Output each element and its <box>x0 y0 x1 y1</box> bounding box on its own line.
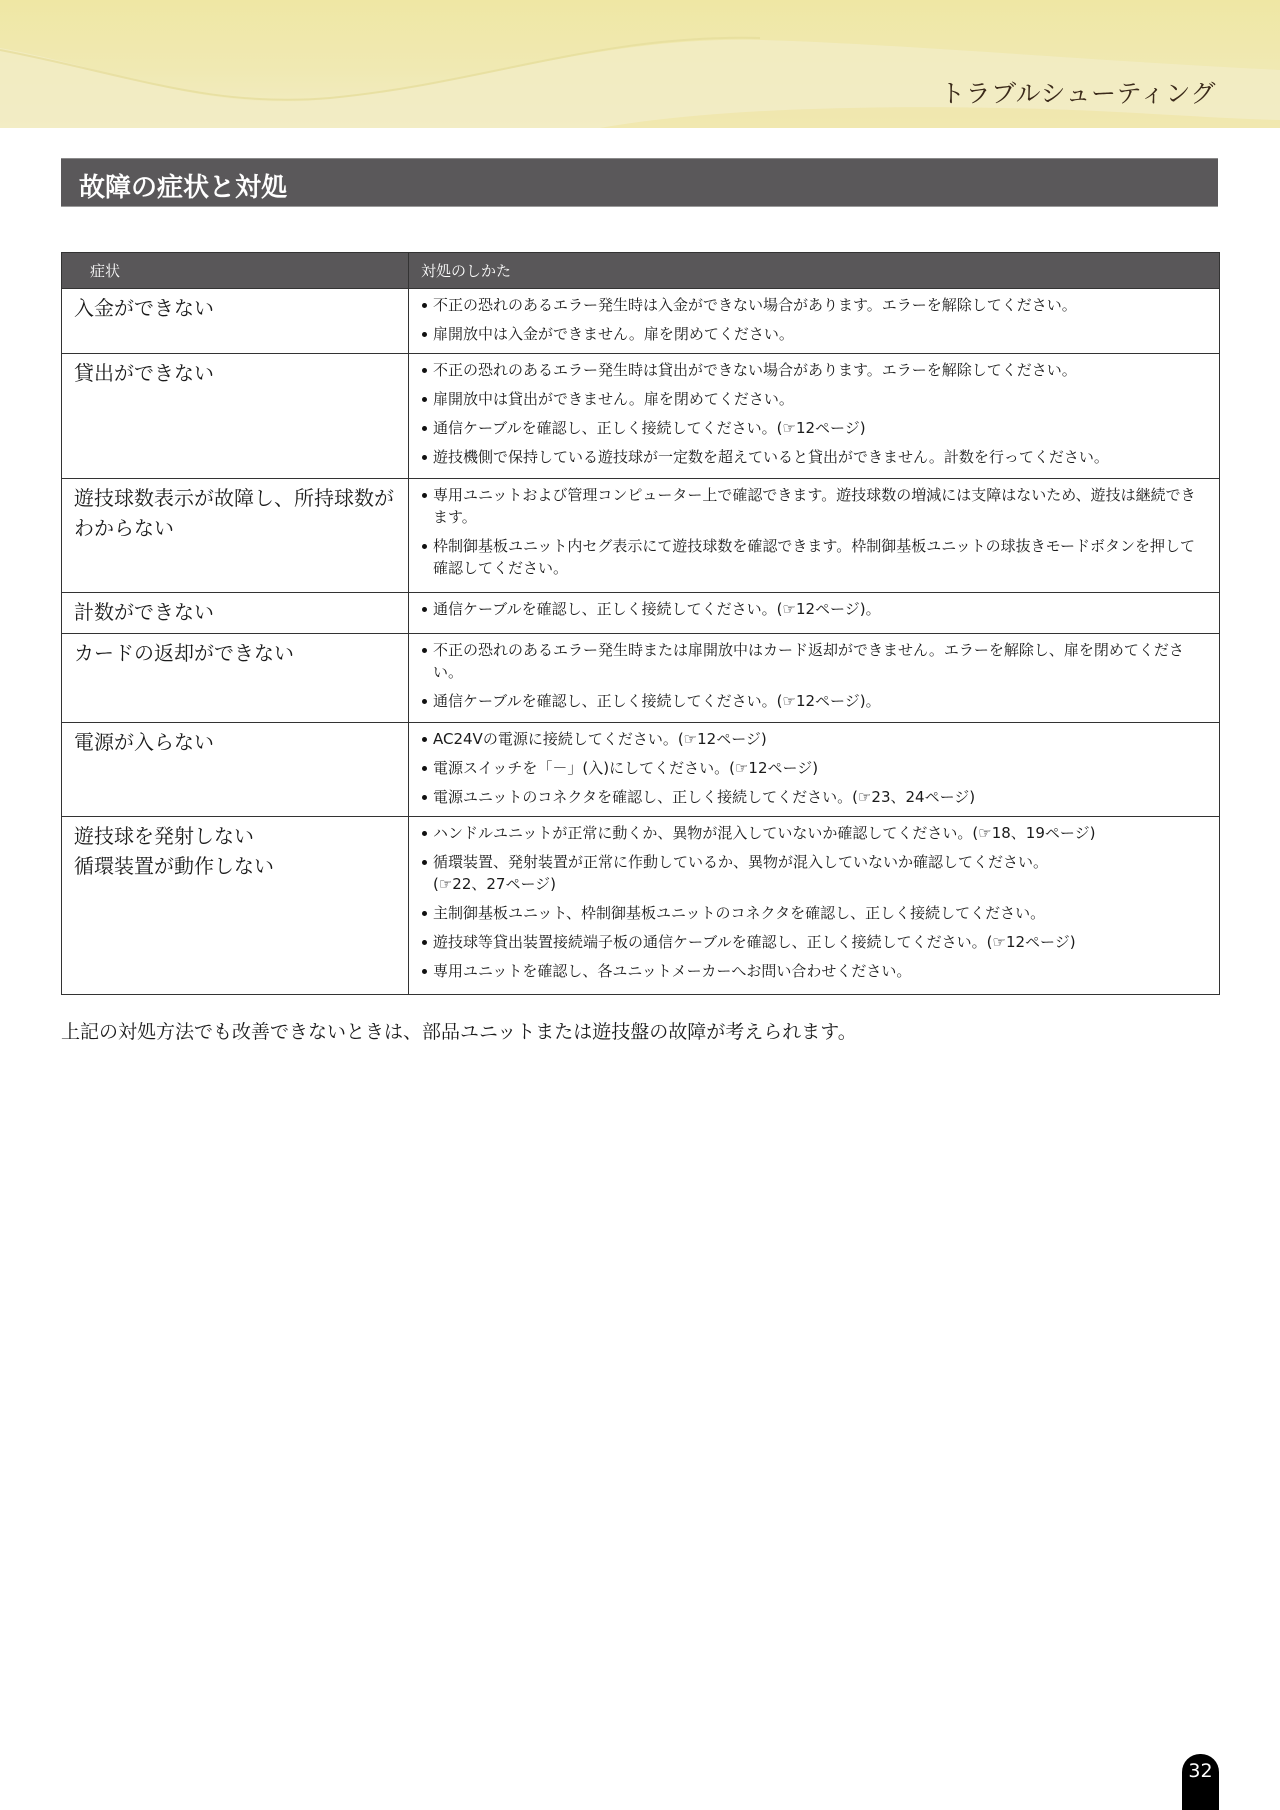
remedy-item: ハンドルユニットが正常に動くか、異物が混入していないか確認してください。(☞18… <box>421 822 1207 844</box>
remedy-cell: AC24Vの電源に接続してください。(☞12ページ) 電源スイッチを「－」(入)… <box>409 723 1220 817</box>
remedy-list: 不正の恐れのあるエラー発生時は貸出ができない場合があります。エラーを解除してくだ… <box>421 359 1207 468</box>
remedy-list: 不正の恐れのあるエラー発生時または扉開放中はカード返却ができません。エラーを解除… <box>421 639 1207 712</box>
remedy-cell: 不正の恐れのあるエラー発生時または扉開放中はカード返却ができません。エラーを解除… <box>409 634 1220 723</box>
remedy-list: AC24Vの電源に接続してください。(☞12ページ) 電源スイッチを「－」(入)… <box>421 728 1207 808</box>
remedy-cell: 通信ケーブルを確認し、正しく接続してください。(☞12ページ)。 <box>409 593 1220 634</box>
footer-note: 上記の対処方法でも改善できないときは、部品ユニットまたは遊技盤の故障が考えられま… <box>61 1017 857 1044</box>
table-row: 貸出ができない 不正の恐れのあるエラー発生時は貸出ができない場合があります。エラ… <box>62 354 1220 479</box>
remedy-item: 不正の恐れのあるエラー発生時は貸出ができない場合があります。エラーを解除してくだ… <box>421 359 1207 381</box>
remedy-item: 枠制御基板ユニット内セグ表示にて遊技球数を確認できます。枠制御基板ユニットの球抜… <box>421 535 1207 579</box>
column-header-symptom: 症状 <box>62 253 409 289</box>
table-row: 電源が入らない AC24Vの電源に接続してください。(☞12ページ) 電源スイッ… <box>62 723 1220 817</box>
remedy-list: 専用ユニットおよび管理コンピューター上で確認できます。遊技球数の増減には支障はな… <box>421 484 1207 579</box>
table-row: カードの返却ができない 不正の恐れのあるエラー発生時または扉開放中はカード返却が… <box>62 634 1220 723</box>
remedy-item: 循環装置、発射装置が正常に作動しているか、異物が混入していないか確認してください… <box>421 851 1207 895</box>
symptom-cell: 入金ができない <box>62 289 409 354</box>
remedy-item: 専用ユニットおよび管理コンピューター上で確認できます。遊技球数の増減には支障はな… <box>421 484 1207 528</box>
remedy-item: 扉開放中は貸出ができません。扉を閉めてください。 <box>421 388 1207 410</box>
remedy-cell: 不正の恐れのあるエラー発生時は貸出ができない場合があります。エラーを解除してくだ… <box>409 354 1220 479</box>
remedy-item: 電源ユニットのコネクタを確認し、正しく接続してください。(☞23、24ページ) <box>421 786 1207 808</box>
remedy-item: AC24Vの電源に接続してください。(☞12ページ) <box>421 728 1207 750</box>
symptom-cell: 貸出ができない <box>62 354 409 479</box>
remedy-list: ハンドルユニットが正常に動くか、異物が混入していないか確認してください。(☞18… <box>421 822 1207 982</box>
remedy-item: 遊技球等貸出装置接続端子板の通信ケーブルを確認し、正しく接続してください。(☞1… <box>421 931 1207 953</box>
remedy-cell: ハンドルユニットが正常に動くか、異物が混入していないか確認してください。(☞18… <box>409 817 1220 995</box>
symptom-cell: 電源が入らない <box>62 723 409 817</box>
header-banner: トラブルシューティング <box>0 0 1280 128</box>
symptom-cell: 遊技球数表示が故障し、所持球数がわからない <box>62 479 409 593</box>
table-header-row: 症状 対処のしかた <box>62 253 1220 289</box>
column-header-remedy: 対処のしかた <box>409 253 1220 289</box>
remedy-item: 専用ユニットを確認し、各ユニットメーカーへお問い合わせください。 <box>421 960 1207 982</box>
table-row: 入金ができない 不正の恐れのあるエラー発生時は入金ができない場合があります。エラ… <box>62 289 1220 354</box>
remedy-cell: 専用ユニットおよび管理コンピューター上で確認できます。遊技球数の増減には支障はな… <box>409 479 1220 593</box>
table-row: 計数ができない 通信ケーブルを確認し、正しく接続してください。(☞12ページ)。 <box>62 593 1220 634</box>
section-title: トラブルシューティング <box>940 74 1216 110</box>
remedy-item: 通信ケーブルを確認し、正しく接続してください。(☞12ページ)。 <box>421 690 1207 712</box>
remedy-cell: 不正の恐れのあるエラー発生時は入金ができない場合があります。エラーを解除してくだ… <box>409 289 1220 354</box>
remedy-item: 主制御基板ユニット、枠制御基板ユニットのコネクタを確認し、正しく接続してください… <box>421 902 1207 924</box>
page-heading-bar: 故障の症状と対処 <box>61 158 1218 207</box>
remedy-list: 通信ケーブルを確認し、正しく接続してください。(☞12ページ)。 <box>421 598 1207 620</box>
remedy-item: 電源スイッチを「－」(入)にしてください。(☞12ページ) <box>421 757 1207 779</box>
symptom-cell: 計数ができない <box>62 593 409 634</box>
table-row: 遊技球数表示が故障し、所持球数がわからない 専用ユニットおよび管理コンピューター… <box>62 479 1220 593</box>
remedy-item: 不正の恐れのあるエラー発生時または扉開放中はカード返却ができません。エラーを解除… <box>421 639 1207 683</box>
page-title: 故障の症状と対処 <box>79 167 287 204</box>
page-number: 32 <box>1182 1754 1219 1810</box>
symptom-cell: 遊技球を発射しない 循環装置が動作しない <box>62 817 409 995</box>
remedy-list: 不正の恐れのあるエラー発生時は入金ができない場合があります。エラーを解除してくだ… <box>421 294 1207 345</box>
remedy-item: 扉開放中は入金ができません。扉を閉めてください。 <box>421 323 1207 345</box>
table-row: 遊技球を発射しない 循環装置が動作しない ハンドルユニットが正常に動くか、異物が… <box>62 817 1220 995</box>
remedy-item: 通信ケーブルを確認し、正しく接続してください。(☞12ページ) <box>421 417 1207 439</box>
remedy-item: 通信ケーブルを確認し、正しく接続してください。(☞12ページ)。 <box>421 598 1207 620</box>
symptom-cell: カードの返却ができない <box>62 634 409 723</box>
troubleshooting-table: 症状 対処のしかた 入金ができない 不正の恐れのあるエラー発生時は入金ができない… <box>61 252 1220 995</box>
remedy-item: 遊技機側で保持している遊技球が一定数を超えていると貸出ができません。計数を行って… <box>421 446 1207 468</box>
remedy-item: 不正の恐れのあるエラー発生時は入金ができない場合があります。エラーを解除してくだ… <box>421 294 1207 316</box>
